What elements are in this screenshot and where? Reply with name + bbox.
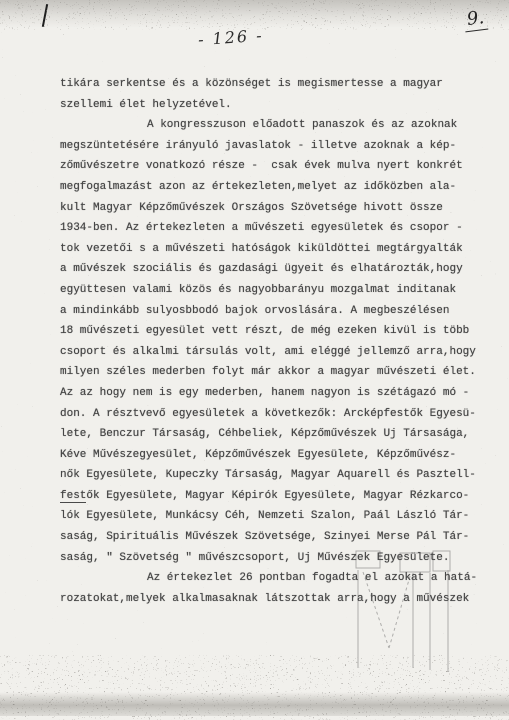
text-line: festők Egyesülete, Magyar Képirók Egyesü…	[60, 486, 490, 507]
text-line: don. A résztvevő egyesületek a következő…	[60, 404, 490, 425]
text-line: lók Egyesülete, Munkácsy Céh, Nemzeti Sz…	[60, 506, 490, 527]
handwritten-corner-number: 9.	[463, 7, 489, 33]
text-line: szellemi élet helyzetével.	[60, 95, 490, 116]
text-line: a művészek szociális és gazdasági ügyeit…	[60, 259, 490, 280]
text-line: Kéve Művészegyesület, Képzőművészek Egye…	[60, 445, 490, 466]
text-line: 18 művészeti egyesület vett részt, de mé…	[60, 321, 490, 342]
text-line: kult Magyar Képzőművészek Országos Szöve…	[60, 198, 490, 219]
text-line: saság, Spirituális Művészek Szövetsége, …	[60, 527, 490, 548]
text-line: együttesen valami közös és nagyobbarányu…	[60, 280, 490, 301]
text-line: nők Egyesülete, Kupeczky Társaság, Magya…	[60, 465, 490, 486]
text-line: a mindinkább sulyosbbodó bajok orvoslásá…	[60, 301, 490, 322]
text-line: Az értekezlet 26 pontban fogadta el azok…	[60, 568, 490, 589]
text-line: 1934-ben. Az értekezleten a művészeti eg…	[60, 218, 490, 239]
scan-artifact-top-band	[0, 0, 509, 28]
typewritten-text-block: tikára serkentse és a közönséget is megi…	[60, 74, 490, 609]
text-line: saság, " Szövetség " művészcsoport, Uj M…	[60, 548, 490, 569]
text-line: zőművészetre vonatkozó része - csak évek…	[60, 156, 490, 177]
scanned-document-page: - 126 - 9. tikára serkentse és a közönsé…	[0, 0, 509, 720]
text-line: megszüntetésére irányuló javaslatok - il…	[60, 136, 490, 157]
handwritten-page-number: - 126 -	[197, 26, 264, 50]
text-line: tok vezetői s a művészeti hatóságok kikü…	[60, 239, 490, 260]
text-line: A kongresszuson előadott panaszok és az …	[60, 115, 490, 136]
text-line: megfogalmazást azon az értekezleten,mely…	[60, 177, 490, 198]
text-line: tikára serkentse és a közönséget is megi…	[60, 74, 490, 95]
text-line: Az az hogy nem is egy mederben, hanem na…	[60, 383, 490, 404]
text-line: milyen széles mederben folyt már akkor a…	[60, 362, 490, 383]
text-line: rozatokat,melyek alkalmasaknak látszotta…	[60, 589, 490, 610]
text-line: lete, Benczur Társaság, Céhbeliek, Képző…	[60, 424, 490, 445]
scan-artifact-bottom-band	[0, 692, 509, 716]
underlined-text: fest	[60, 490, 86, 503]
text-line: csoport és alkalmi társulás volt, ami el…	[60, 342, 490, 363]
